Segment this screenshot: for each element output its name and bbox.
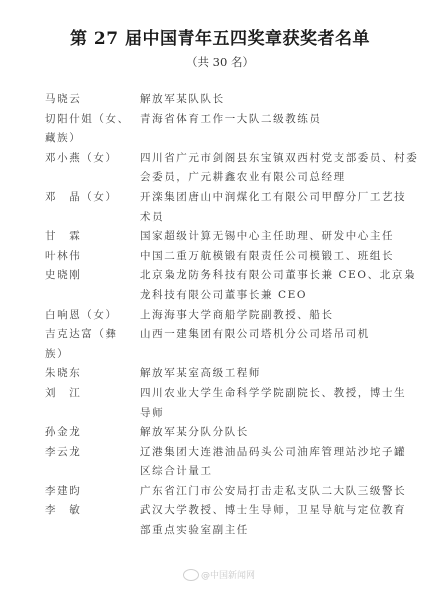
recipient-name: 李云龙 bbox=[45, 443, 140, 463]
recipient-name: 藏族） bbox=[45, 129, 140, 149]
recipient-role bbox=[140, 129, 420, 149]
recipient-role: 术员 bbox=[140, 208, 420, 228]
recipient-role: 区综合计量工 bbox=[140, 462, 420, 482]
recipient-role bbox=[140, 345, 420, 365]
recipient-role: 北京枭龙防务科技有限公司董事长兼 CEO、北京枭 bbox=[140, 266, 420, 286]
list-line: 马晓云解放军某队队长 bbox=[45, 90, 425, 110]
list-line: 邓 晶（女）开滦集团唐山中润煤化工有限公司甲醇分厂工艺技 bbox=[45, 188, 425, 208]
recipient-role: 部重点实验室副主任 bbox=[140, 521, 420, 541]
recipient-name: 邓 晶（女） bbox=[45, 188, 140, 208]
list-line: 区综合计量工 bbox=[45, 462, 425, 482]
list-line: 邓小燕（女）四川省广元市剑阁县东宝镇双西村党支部委员、村委 bbox=[45, 149, 425, 169]
recipient-role: 导师 bbox=[140, 404, 420, 424]
list-line: 朱晓东解放军某室高级工程师 bbox=[45, 364, 425, 384]
recipient-name: 朱晓东 bbox=[45, 364, 140, 384]
watermark: @中国新闻网 bbox=[183, 568, 255, 581]
recipient-role: 开滦集团唐山中润煤化工有限公司甲醇分厂工艺技 bbox=[140, 188, 420, 208]
recipient-role: 辽港集团大连港油品码头公司油库管理站沙坨子罐 bbox=[140, 443, 420, 463]
recipient-name: 刘 江 bbox=[45, 384, 140, 404]
watermark-text: @中国新闻网 bbox=[201, 568, 255, 581]
recipient-name: 族） bbox=[45, 345, 140, 365]
recipient-name: 白响恩（女） bbox=[45, 306, 140, 326]
list-line: 族） bbox=[45, 345, 425, 365]
recipient-name: 李建昀 bbox=[45, 482, 140, 502]
list-line: 术员 bbox=[45, 208, 425, 228]
recipient-name: 切阳什姐（女、 bbox=[45, 110, 140, 130]
list-line: 李建昀广东省江门市公安局打击走私支队二大队三级警长 bbox=[45, 482, 425, 502]
recipient-name: 史晓刚 bbox=[45, 266, 140, 286]
document-title: 第 27 届中国青年五四奖章获奖者名单 bbox=[0, 24, 440, 49]
recipient-name: 吉克达富（彝 bbox=[45, 325, 140, 345]
recipient-role: 武汉大学教授、博士生导师，卫星导航与定位教育 bbox=[140, 501, 420, 521]
recipient-role: 青海省体育工作一大队二级教练员 bbox=[140, 110, 420, 130]
recipient-role: 山西一建集团有限公司塔机分公司塔吊司机 bbox=[140, 325, 420, 345]
list-line: 李 敏武汉大学教授、博士生导师，卫星导航与定位教育 bbox=[45, 501, 425, 521]
recipient-role: 龙科技有限公司董事长兼 CEO bbox=[140, 286, 420, 306]
list-line: 孙金龙解放军某分队分队长 bbox=[45, 423, 425, 443]
list-line: 吉克达富（彝山西一建集团有限公司塔机分公司塔吊司机 bbox=[45, 325, 425, 345]
recipient-role: 国家超级计算无锡中心主任助理、研发中心主任 bbox=[140, 227, 420, 247]
list-line: 史晓刚北京枭龙防务科技有限公司董事长兼 CEO、北京枭 bbox=[45, 266, 425, 286]
recipient-role: 解放军某队队长 bbox=[140, 90, 420, 110]
recipient-role: 解放军某室高级工程师 bbox=[140, 364, 420, 384]
award-list: 马晓云解放军某队队长 切阳什姐（女、青海省体育工作一大队二级教练员 藏族） 邓小… bbox=[45, 90, 425, 541]
recipient-name bbox=[45, 286, 140, 306]
recipient-role: 上海海事大学商船学院副教授、船长 bbox=[140, 306, 420, 326]
recipient-role: 四川省广元市剑阁县东宝镇双西村党支部委员、村委 bbox=[140, 149, 420, 169]
list-line: 龙科技有限公司董事长兼 CEO bbox=[45, 286, 425, 306]
recipient-name: 孙金龙 bbox=[45, 423, 140, 443]
recipient-role: 解放军某分队分队长 bbox=[140, 423, 420, 443]
recipient-name: 马晓云 bbox=[45, 90, 140, 110]
list-line: 会委员，广元耕鑫农业有限公司总经理 bbox=[45, 168, 425, 188]
recipient-name bbox=[45, 208, 140, 228]
recipient-name: 李 敏 bbox=[45, 501, 140, 521]
list-line: 李云龙辽港集团大连港油品码头公司油库管理站沙坨子罐 bbox=[45, 443, 425, 463]
recipient-name bbox=[45, 404, 140, 424]
recipient-role: 四川农业大学生命科学学院副院长、教授，博士生 bbox=[140, 384, 420, 404]
list-line: 藏族） bbox=[45, 129, 425, 149]
list-line: 甘 霖国家超级计算无锡中心主任助理、研发中心主任 bbox=[45, 227, 425, 247]
list-line: 部重点实验室副主任 bbox=[45, 521, 425, 541]
list-line: 导师 bbox=[45, 404, 425, 424]
recipient-role: 中国二重万航模锻有限责任公司模锻工、班组长 bbox=[140, 247, 420, 267]
list-line: 叶林伟中国二重万航模锻有限责任公司模锻工、班组长 bbox=[45, 247, 425, 267]
list-line: 白响恩（女）上海海事大学商船学院副教授、船长 bbox=[45, 306, 425, 326]
document-subtitle: （共 30 名） bbox=[0, 54, 440, 70]
weibo-icon bbox=[183, 569, 199, 581]
recipient-name: 甘 霖 bbox=[45, 227, 140, 247]
recipient-name: 叶林伟 bbox=[45, 247, 140, 267]
recipient-role: 会委员，广元耕鑫农业有限公司总经理 bbox=[140, 168, 420, 188]
list-line: 切阳什姐（女、青海省体育工作一大队二级教练员 bbox=[45, 110, 425, 130]
recipient-name: 邓小燕（女） bbox=[45, 149, 140, 169]
recipient-name bbox=[45, 521, 140, 541]
list-line: 刘 江四川农业大学生命科学学院副院长、教授，博士生 bbox=[45, 384, 425, 404]
recipient-name bbox=[45, 168, 140, 188]
recipient-name bbox=[45, 462, 140, 482]
recipient-role: 广东省江门市公安局打击走私支队二大队三级警长 bbox=[140, 482, 420, 502]
